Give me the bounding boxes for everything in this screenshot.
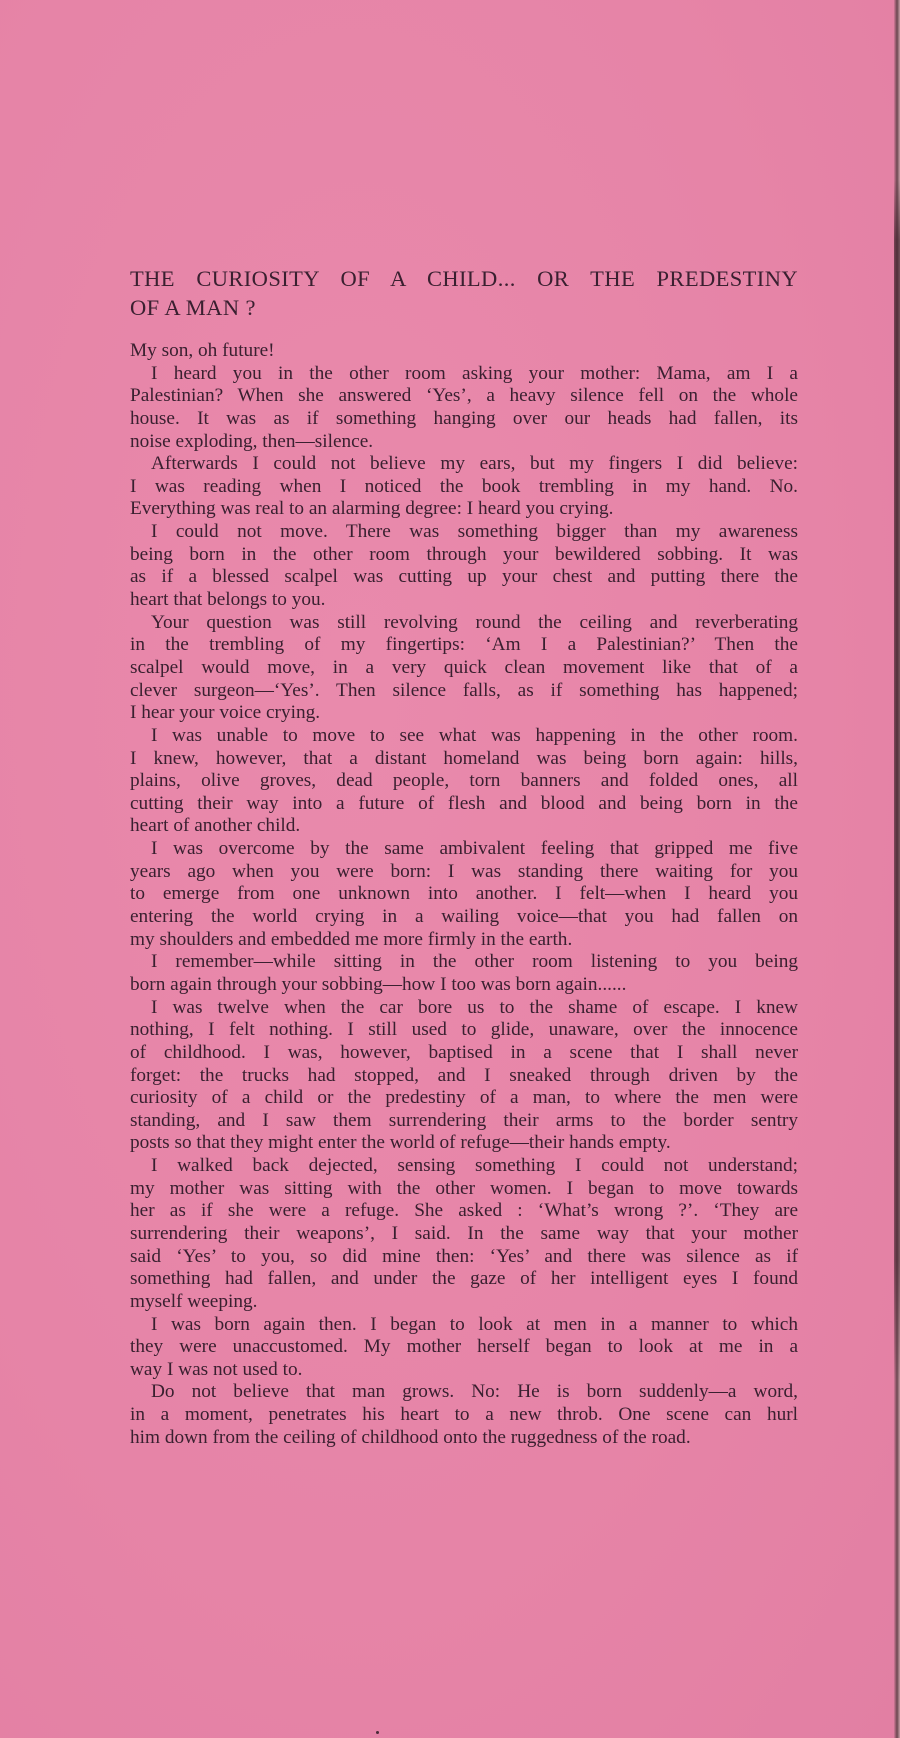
- text-line: scalpel would move, in a very quick clea…: [130, 657, 798, 680]
- paragraph: I was twelve when the car bore us to the…: [130, 997, 798, 1155]
- text-line: I remember—while sitting in the other ro…: [130, 951, 798, 974]
- text-line: house. It was as if something hanging ov…: [130, 408, 798, 431]
- text-line: him down from the ceiling of childhood o…: [130, 1427, 798, 1450]
- paragraph: Your question was still revolving round …: [130, 612, 798, 725]
- speck: [376, 1731, 379, 1734]
- text-line: Your question was still revolving round …: [130, 612, 798, 635]
- paragraph: I heard you in the other room asking you…: [130, 363, 798, 454]
- text-line: plains, olive groves, dead people, torn …: [130, 770, 798, 793]
- text-line: said ‘Yes’ to you, so did mine then: ‘Ye…: [130, 1246, 798, 1269]
- text-line: standing, and I saw them surrendering th…: [130, 1110, 798, 1133]
- text-line: myself weeping.: [130, 1291, 798, 1314]
- text-line: I was born again then. I began to look a…: [130, 1314, 798, 1337]
- text-line: in a moment, penetrates his heart to a n…: [130, 1404, 798, 1427]
- paragraph: My son, oh future!: [130, 340, 798, 363]
- text-line: being born in the other room through you…: [130, 544, 798, 567]
- text-line: My son, oh future!: [130, 340, 798, 363]
- page-edge-shadow: [894, 180, 900, 1380]
- paragraph: I remember—while sitting in the other ro…: [130, 951, 798, 996]
- paragraph: I walked back dejected, sensing somethin…: [130, 1155, 798, 1313]
- paragraph: I was unable to move to see what was hap…: [130, 725, 798, 838]
- text-line: Do not believe that man grows. No: He is…: [130, 1381, 798, 1404]
- text-line: noise exploding, then—silence.: [130, 431, 798, 454]
- text-line: to emerge from one unknown into another.…: [130, 883, 798, 906]
- text-line: posts so that they might enter the world…: [130, 1132, 798, 1155]
- text-line: cutting their way into a future of flesh…: [130, 793, 798, 816]
- text-line: I was overcome by the same ambivalent fe…: [130, 838, 798, 861]
- text-line: my shoulders and embedded me more firmly…: [130, 929, 798, 952]
- text-line: born again through your sobbing—how I to…: [130, 974, 798, 997]
- text-line: I knew, however, that a distant homeland…: [130, 748, 798, 771]
- paragraph: I was born again then. I began to look a…: [130, 1314, 798, 1382]
- text-line: I was twelve when the car bore us to the…: [130, 997, 798, 1020]
- text-line: Everything was real to an alarming degre…: [130, 498, 798, 521]
- text-line: I could not move. There was something bi…: [130, 521, 798, 544]
- paragraph: I was overcome by the same ambivalent fe…: [130, 838, 798, 951]
- text-line: clever surgeon—‘Yes’. Then silence falls…: [130, 680, 798, 703]
- text-line: I hear your voice crying.: [130, 702, 798, 725]
- text-line: Afterwards I could not believe my ears, …: [130, 453, 798, 476]
- text-line: surrendering their weapons’, I said. In …: [130, 1223, 798, 1246]
- text-line: of childhood. I was, however, baptised i…: [130, 1042, 798, 1065]
- text-line: I was reading when I noticed the book tr…: [130, 476, 798, 499]
- page-edge: [894, 0, 900, 1738]
- text-line: my mother was sitting with the other wom…: [130, 1178, 798, 1201]
- paragraph: Afterwards I could not believe my ears, …: [130, 453, 798, 521]
- text-line: heart that belongs to you.: [130, 589, 798, 612]
- text-line: nothing, I felt nothing. I still used to…: [130, 1019, 798, 1042]
- paragraph: I could not move. There was something bi…: [130, 521, 798, 612]
- text-line: something had fallen, and under the gaze…: [130, 1268, 798, 1291]
- text-line: Palestinian? When she answered ‘Yes’, a …: [130, 385, 798, 408]
- article: THE CURIOSITY OF A CHILD... OR THE PREDE…: [130, 264, 798, 1449]
- text-line: I heard you in the other room asking you…: [130, 363, 798, 386]
- text-line: years ago when you were born: I was stan…: [130, 861, 798, 884]
- text-line: I was unable to move to see what was hap…: [130, 725, 798, 748]
- text-line: they were unaccustomed. My mother hersel…: [130, 1336, 798, 1359]
- paragraph: Do not believe that man grows. No: He is…: [130, 1381, 798, 1449]
- text-line: as if a blessed scalpel was cutting up y…: [130, 566, 798, 589]
- text-line: way I was not used to.: [130, 1359, 798, 1382]
- title-line: THE CURIOSITY OF A CHILD... OR THE PREDE…: [130, 264, 798, 293]
- text-line: heart of another child.: [130, 815, 798, 838]
- text-line: I walked back dejected, sensing somethin…: [130, 1155, 798, 1178]
- text-line: entering the world crying in a wailing v…: [130, 906, 798, 929]
- title-line: OF A MAN ?: [130, 293, 798, 322]
- text-line: in the trembling of my fingertips: ‘Am I…: [130, 634, 798, 657]
- article-body: My son, oh future!I heard you in the oth…: [130, 340, 798, 1449]
- text-line: curiosity of a child or the predestiny o…: [130, 1087, 798, 1110]
- text-line: her as if she were a refuge. She asked :…: [130, 1200, 798, 1223]
- text-line: forget: the trucks had stopped, and I sn…: [130, 1065, 798, 1088]
- article-title: THE CURIOSITY OF A CHILD... OR THE PREDE…: [130, 264, 798, 322]
